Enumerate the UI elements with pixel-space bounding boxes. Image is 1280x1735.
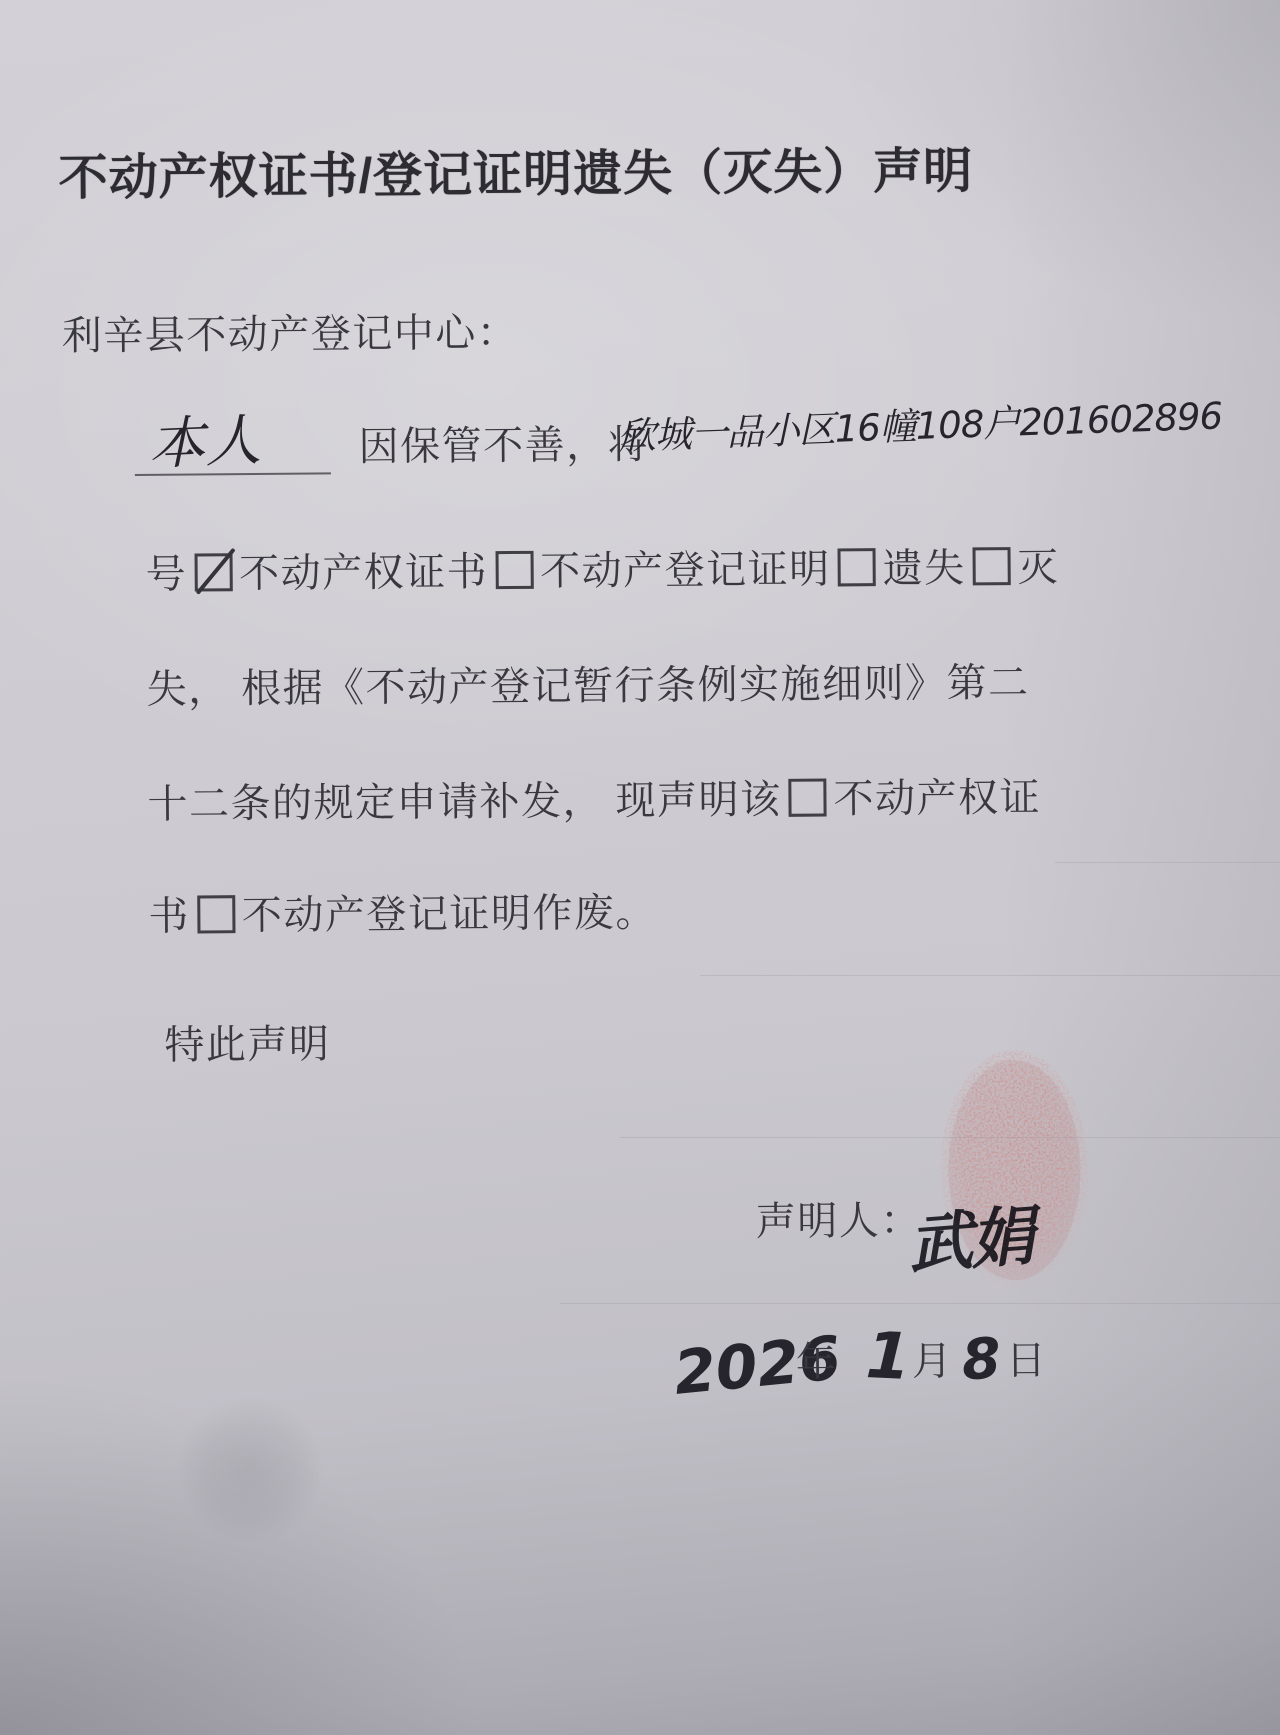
handwritten-month: 1	[864, 1319, 912, 1395]
year-unit: 年	[796, 1342, 838, 1382]
month-unit: 月	[912, 1342, 954, 1382]
body-line5-text: 书	[148, 894, 190, 939]
body-line4-option: 不动产权证	[833, 775, 1041, 822]
option-reg-proof-label: 不动产登记证明	[540, 546, 831, 593]
checkbox-destroyed	[972, 547, 1010, 585]
day-unit: 日	[1006, 1341, 1048, 1381]
checkbox-cert-book	[194, 553, 232, 591]
body-line4: 十二条的规定申请补发， 现声明该不动产权证	[147, 777, 1041, 825]
option-destroyed-label: 灭	[1017, 545, 1059, 590]
option-lost-label: 遗失	[882, 545, 965, 591]
declarant-label: 声明人：	[756, 1201, 922, 1242]
checkbox-cert-book-2	[788, 779, 826, 817]
body-line1-printed: 因保管不善，将	[359, 425, 650, 467]
checkbox-registration-proof	[495, 551, 533, 589]
body-line2-prefix: 号	[146, 552, 188, 597]
option-cert-book-label: 不动产权证书	[239, 549, 488, 596]
handwritten-property-description: 欣城一品小区16幢108户201602896	[618, 386, 1223, 461]
body-line5-option: 不动产登记证明作废。	[242, 890, 657, 938]
addressee-line: 利辛县不动产登记中心：	[62, 313, 519, 357]
checkbox-lost	[838, 548, 876, 586]
checkbox-registration-proof-2	[197, 895, 235, 933]
handwritten-declarant-name: 本人	[147, 396, 262, 481]
body-line5: 书不动产登记证明作废。	[148, 892, 657, 937]
body-line2: 号不动产权证书不动产登记证明遗失灭	[146, 547, 1060, 595]
photographed-document-page: 不动产权证书/登记证明遗失（灭失）声明 利辛县不动产登记中心： 本人 因保管不善…	[0, 0, 1280, 1735]
body-line3: 失， 根据《不动产登记暂行条例实施细则》第二	[146, 663, 1029, 710]
closing-statement: 特此声明	[164, 1024, 330, 1065]
handwritten-signature: 武娟	[905, 1185, 1036, 1286]
handwritten-day: 8	[960, 1326, 1003, 1393]
body-line4-text: 十二条的规定申请补发， 现声明该	[147, 777, 781, 827]
document-title: 不动产权证书/登记证明遗失（灭失）声明	[58, 132, 973, 209]
